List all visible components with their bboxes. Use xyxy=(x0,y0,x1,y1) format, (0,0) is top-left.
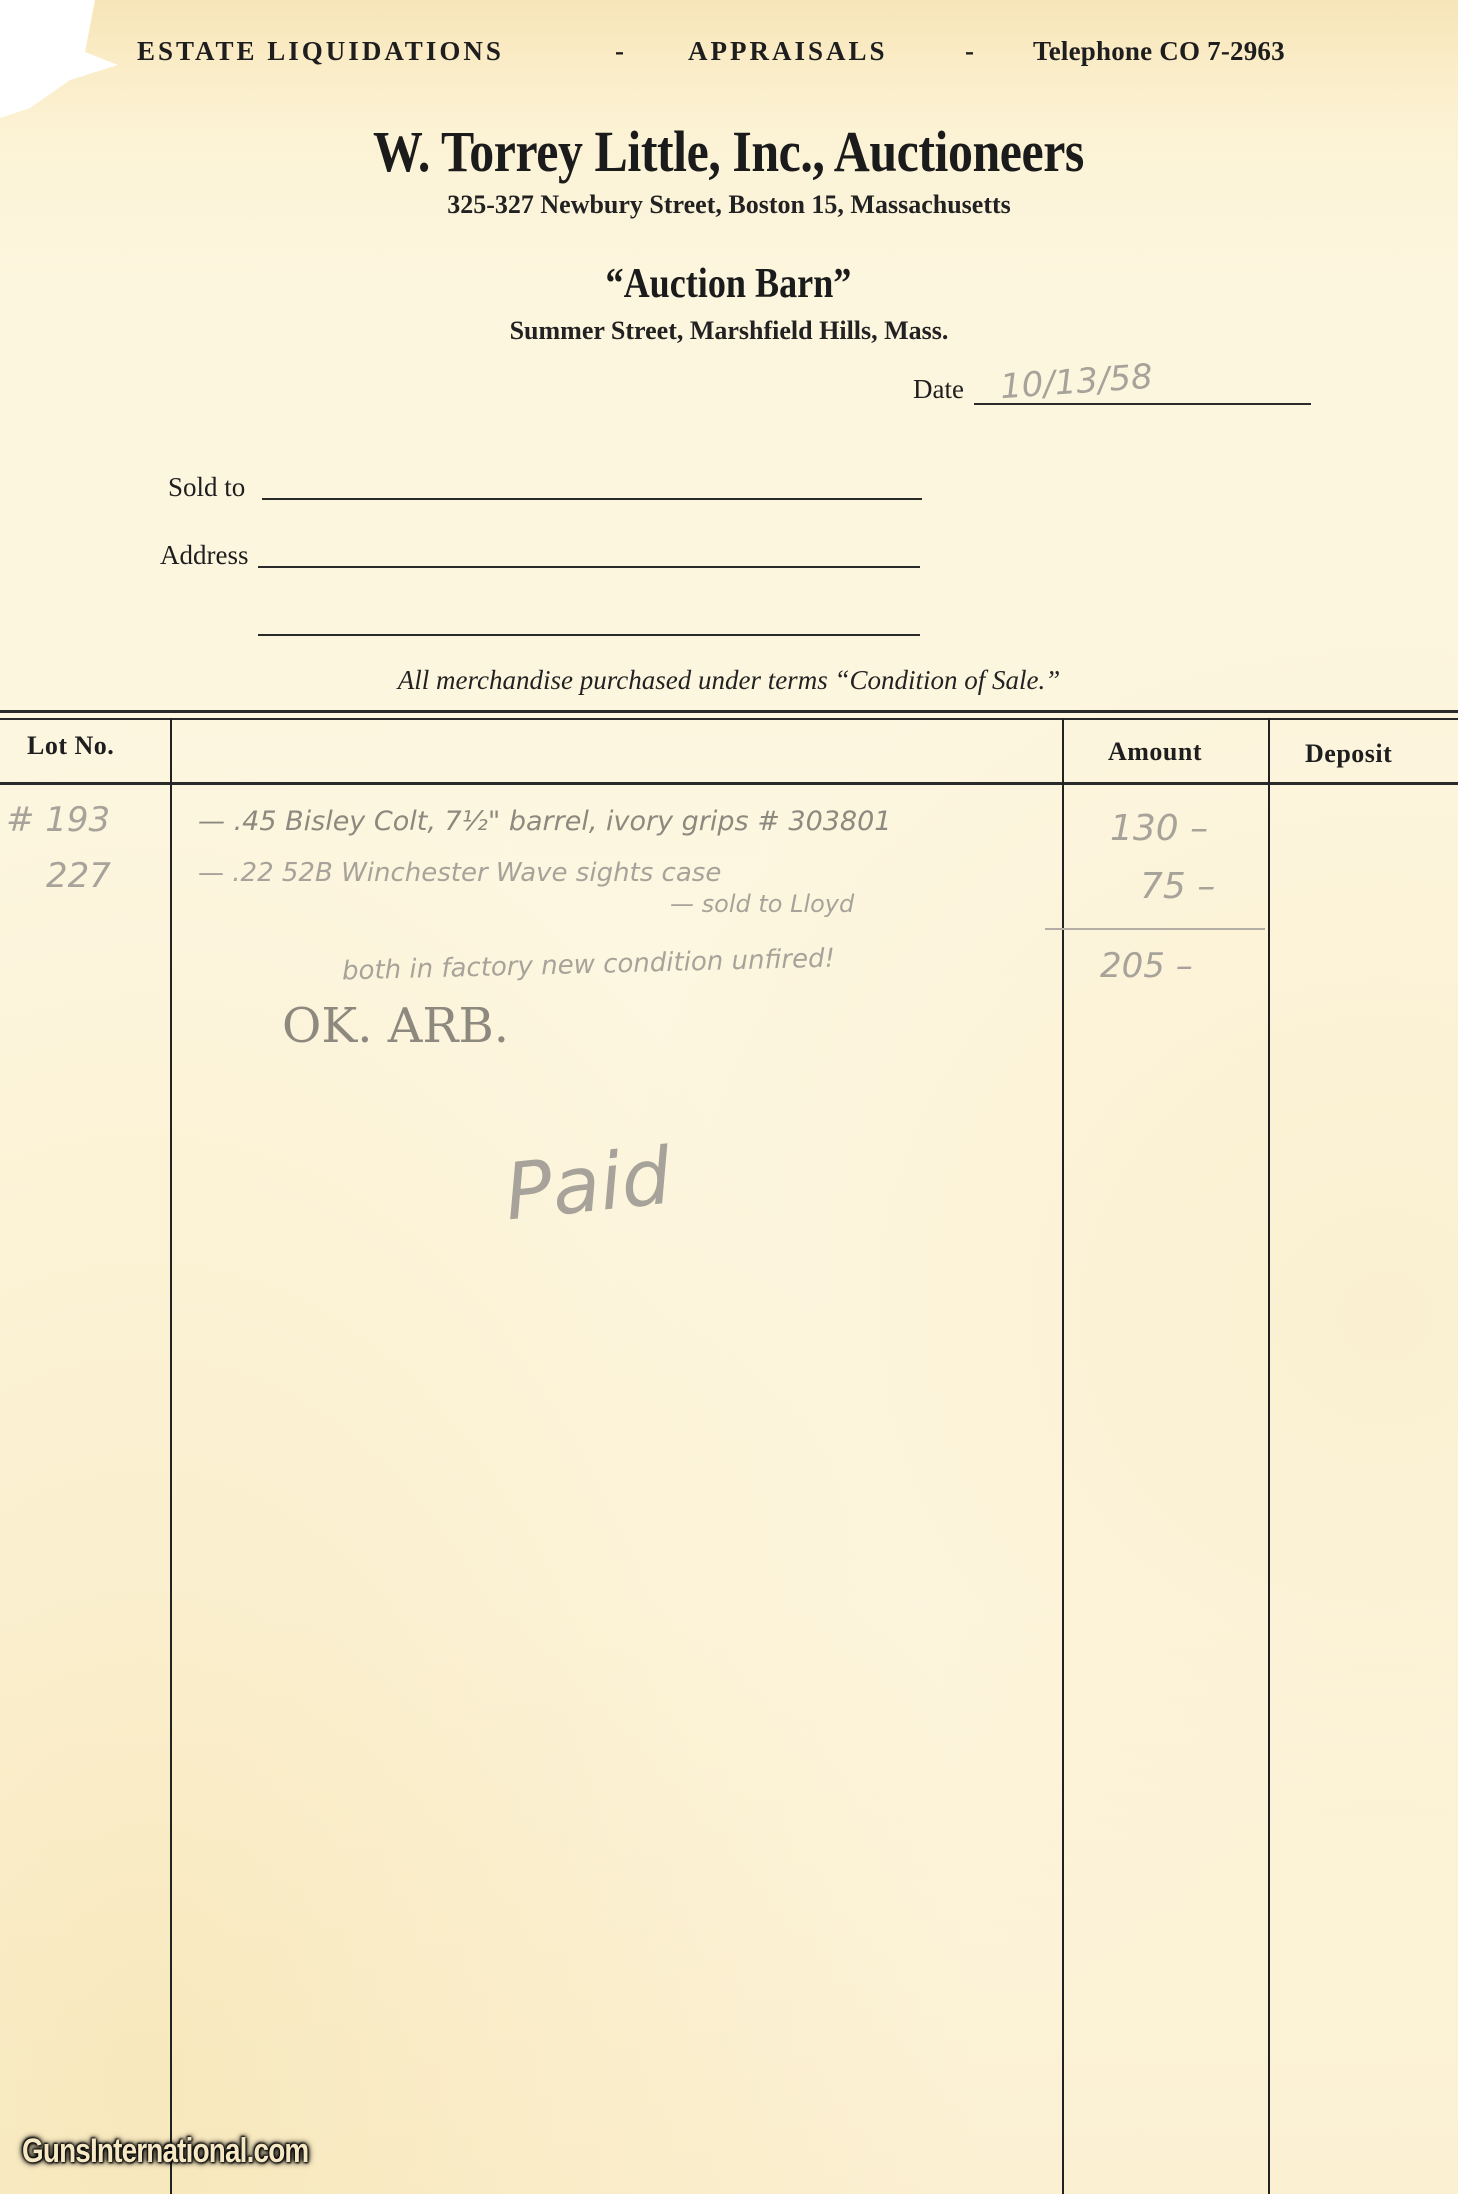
total-amount[interactable]: 205 – xyxy=(1100,946,1193,986)
row-1-amount[interactable]: 130 – xyxy=(1110,808,1208,849)
company-address: 325-327 Newbury Street, Boston 15, Massa… xyxy=(0,190,1458,220)
column-header-lot: Lot No. xyxy=(27,731,114,761)
branch-address: Summer Street, Marshfield Hills, Mass. xyxy=(0,316,1458,346)
address-line-1[interactable] xyxy=(258,566,920,568)
branch-name: “Auction Barn” xyxy=(102,260,1356,308)
sold-to-line[interactable] xyxy=(262,498,922,500)
row-1-lot[interactable]: # 193 xyxy=(6,800,110,840)
sold-to-label: Sold to xyxy=(168,472,245,503)
table-header-rule xyxy=(0,782,1458,785)
row-1-description[interactable]: — .45 Bisley Colt, 7½" barrel, ivory gri… xyxy=(198,806,891,837)
table-top-rule xyxy=(0,710,1458,713)
company-name: W. Torrey Little, Inc., Auctioneers xyxy=(102,118,1356,185)
address-line-2[interactable] xyxy=(258,634,920,636)
service-estate-liquidations: ESTATE LIQUIDATIONS xyxy=(137,36,504,76)
date-label: Date xyxy=(913,374,964,405)
row-2-description[interactable]: — .22 52B Winchester Wave sights case xyxy=(198,858,721,888)
telephone: Telephone CO 7-2963 xyxy=(1033,36,1285,76)
paid-signature: Paid xyxy=(501,1132,676,1239)
column-divider-deposit xyxy=(1268,718,1270,2194)
row-2-description-note[interactable]: — sold to Lloyd xyxy=(670,890,854,918)
address-label: Address xyxy=(160,540,249,571)
column-header-deposit: Deposit xyxy=(1305,739,1392,769)
separator: - xyxy=(965,36,977,76)
row-2-amount[interactable]: 75 – xyxy=(1140,866,1215,907)
column-header-amount: Amount xyxy=(1108,737,1202,767)
terms-of-sale: All merchandise purchased under terms “C… xyxy=(0,665,1458,696)
separator: - xyxy=(615,36,627,76)
column-divider-amount xyxy=(1062,718,1064,2194)
sum-line xyxy=(1045,928,1265,930)
column-divider-lot xyxy=(170,718,172,2194)
table-top-rule-2 xyxy=(0,718,1458,720)
approval-initials: OK. ARB. xyxy=(282,998,509,1054)
service-appraisals: APPRAISALS xyxy=(688,36,888,76)
site-watermark: GunsInternational.com xyxy=(22,2132,308,2171)
row-2-lot[interactable]: 227 xyxy=(46,856,111,896)
